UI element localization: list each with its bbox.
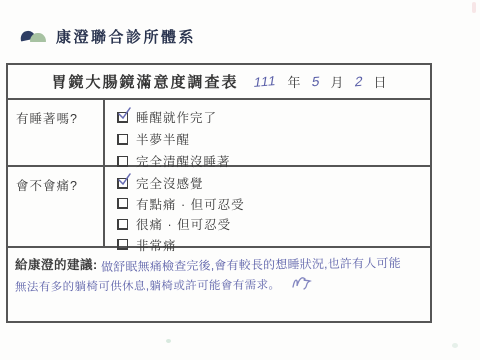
handwritten-check-icon (117, 106, 132, 121)
checkbox-icon (117, 198, 128, 209)
question-row-sleep: 有睡著嗎? 睡醒就作完了 半夢半醒 (8, 100, 430, 167)
two-leaf-logo-icon (20, 30, 47, 43)
title-row: 胃鏡大腸鏡滿意度調查表 111 年 5 月 2 日 (8, 65, 430, 100)
scan-noise-speck (472, 2, 476, 13)
clinic-name: 康澄聯合診所體系 (56, 26, 196, 47)
date-day-label: 日 (374, 72, 387, 91)
date-year-value: 111 (253, 73, 278, 90)
signature-scribble (289, 273, 315, 293)
leaf-right-icon (30, 33, 46, 42)
scanned-form-page: 康澄聯合診所體系 胃鏡大腸鏡滿意度調查表 111 年 5 月 2 日 有睡著嗎? (0, 0, 480, 360)
question-row-pain: 會不會痛? 完全沒感覺 有點痛 · 但可忍受 (8, 167, 430, 248)
checkbox-icon (117, 178, 128, 189)
checkbox-icon (117, 156, 128, 167)
suggestion-label: 給康澄的建議: (15, 258, 98, 272)
option-row: 有點痛 · 但可忍受 (117, 194, 430, 215)
option-row: 很痛 · 但可忍受 (117, 214, 430, 235)
form-title: 胃鏡大腸鏡滿意度調查表 (51, 71, 238, 92)
checkbox-icon (117, 112, 128, 123)
scan-noise-speck (166, 339, 171, 343)
survey-table: 胃鏡大腸鏡滿意度調查表 111 年 5 月 2 日 有睡著嗎? 睡醒就作完了 (6, 63, 432, 323)
handwritten-suggestion-line2: 無法有多的躺椅可供休息,躺椅或許可能會有需求。 (15, 276, 426, 297)
checkbox-icon (117, 219, 128, 230)
scan-noise-speck (452, 343, 458, 348)
checkbox-icon (117, 134, 128, 145)
question-label: 會不會痛? (8, 167, 105, 246)
option-label: 睡醒就作完了 (136, 108, 217, 126)
suggestion-row: 給康澄的建議: 做舒眠無痛檢查完後,會有較長的想睡狀況,也許有人可能 無法有多的… (8, 248, 430, 321)
date-year-label: 年 (287, 72, 300, 91)
option-row: 完全沒感覺 (117, 173, 430, 194)
option-row: 半夢半醒 (117, 128, 430, 150)
clinic-brand: 康澄聯合診所體系 (20, 26, 196, 47)
options-sleep: 睡醒就作完了 半夢半醒 完全清醒沒睡著 (105, 100, 430, 165)
date-day-value: 2 (353, 74, 364, 90)
date-month-label: 月 (331, 72, 344, 91)
question-label: 有睡著嗎? (8, 100, 105, 165)
option-row: 睡醒就作完了 (117, 106, 430, 128)
date-group: 111 年 5 月 2 日 (254, 72, 386, 91)
option-label: 完全沒感覺 (136, 174, 204, 192)
date-month-value: 5 (310, 74, 321, 90)
option-label: 有點痛 · 但可忍受 (136, 195, 245, 213)
option-label: 半夢半醒 (136, 130, 190, 148)
handwritten-suggestion-line1: 做舒眠無痛檢查完後,會有較長的想睡狀況,也許有人可能 (101, 255, 401, 276)
options-pain: 完全沒感覺 有點痛 · 但可忍受 很痛 · 但可忍受 (105, 167, 430, 246)
option-label: 很痛 · 但可忍受 (136, 215, 231, 233)
handwritten-check-icon (117, 172, 132, 187)
